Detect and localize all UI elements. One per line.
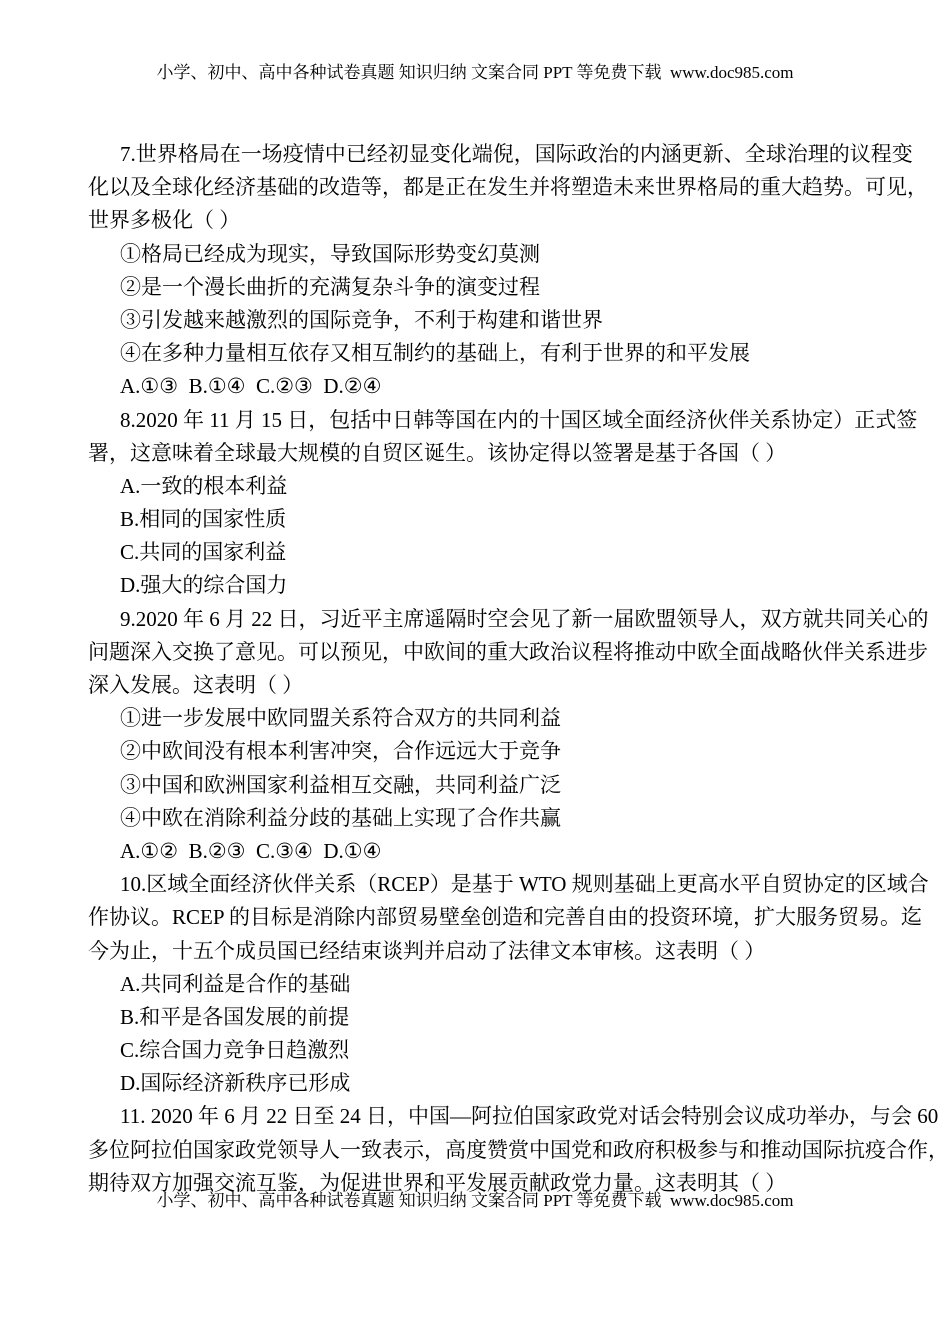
q8-stem-line-2: 署，这意味着全球最大规模的自贸区诞生。该协定得以签署是基于各国（ ） <box>88 437 878 470</box>
q8-option-b: B.相同的国家性质 <box>88 503 878 536</box>
q10-option-c: C.综合国力竞争日趋激烈 <box>88 1034 878 1067</box>
q7-item-2: ②是一个漫长曲折的充满复杂斗争的演变过程 <box>88 271 878 304</box>
q9-item-2: ②中欧间没有根本利害冲突，合作远远大于竞争 <box>88 735 878 768</box>
q7-stem-line-2: 化以及全球化经济基础的改造等，都是正在发生并将塑造未来世界格局的重大趋势。可见， <box>88 171 878 204</box>
q7-item-4: ④在多种力量相互依存又相互制约的基础上，有利于世界的和平发展 <box>88 337 878 370</box>
q10-option-d: D.国际经济新秩序已形成 <box>88 1067 878 1100</box>
q8-option-d: D.强大的综合国力 <box>88 569 878 602</box>
q10-option-b: B.和平是各国发展的前提 <box>88 1001 878 1034</box>
q9-stem-line-2: 问题深入交换了意见。可以预见，中欧间的重大政治议程将推动中欧全面战略伙伴关系进步 <box>88 636 878 669</box>
q10-stem-line-2: 作协议。RCEP 的目标是消除内部贸易壁垒创造和完善自由的投资环境，扩大服务贸易… <box>88 901 878 934</box>
q9-stem-line-3: 深入发展。这表明（ ） <box>88 669 878 702</box>
q9-stem-line-1: 9.2020 年 6 月 22 日，习近平主席遥隔时空会见了新一届欧盟领导人，双… <box>88 603 878 636</box>
q8-option-c: C.共同的国家利益 <box>88 536 878 569</box>
q7-stem-line-1: 7.世界格局在一场疫情中已经初显变化端倪，国际政治的内涵更新、全球治理的议程变 <box>88 138 878 171</box>
q9-item-3: ③中国和欧洲国家利益相互交融，共同利益广泛 <box>88 769 878 802</box>
footer-watermark: 小学、初中、高中各种试卷真题 知识归纳 文案合同 PPT 等免费下载 www.d… <box>0 1190 950 1212</box>
q10-stem-line-3: 今为止，十五个成员国已经结束谈判并启动了法律文本审核。这表明（ ） <box>88 935 878 968</box>
q10-stem-line-1: 10.区域全面经济伙伴关系（RCEP）是基于 WTO 规则基础上更高水平自贸协定… <box>88 868 878 901</box>
q10-option-a: A.共同利益是合作的基础 <box>88 968 878 1001</box>
header-watermark: 小学、初中、高中各种试卷真题 知识归纳 文案合同 PPT 等免费下载 www.d… <box>0 62 950 84</box>
q7-item-3: ③引发越来越激烈的国际竞争，不利于构建和谐世界 <box>88 304 878 337</box>
q8-option-a: A.一致的根本利益 <box>88 470 878 503</box>
q9-item-4: ④中欧在消除利益分歧的基础上实现了合作共赢 <box>88 802 878 835</box>
q9-item-1: ①进一步发展中欧同盟关系符合双方的共同利益 <box>88 702 878 735</box>
q11-stem-line-1: 11. 2020 年 6 月 22 日至 24 日，中国—阿拉伯国家政党对话会特… <box>88 1100 878 1133</box>
q7-answer-choices: A.①③ B.①④ C.②③ D.②④ <box>88 370 878 403</box>
q7-item-1: ①格局已经成为现实，导致国际形势变幻莫测 <box>88 238 878 271</box>
q9-answer-choices: A.①② B.②③ C.③④ D.①④ <box>88 835 878 868</box>
q8-stem-line-1: 8.2020 年 11 月 15 日，包括中日韩等国在内的十国区域全面经济伙伴关… <box>88 404 878 437</box>
q11-stem-line-2: 多位阿拉伯国家政党领导人一致表示，高度赞赏中国党和政府积极参与和推动国际抗疫合作… <box>88 1134 878 1167</box>
document-page: 小学、初中、高中各种试卷真题 知识归纳 文案合同 PPT 等免费下载 www.d… <box>0 0 950 1344</box>
q7-stem-line-3: 世界多极化（ ） <box>88 204 878 237</box>
exam-text-block: 7.世界格局在一场疫情中已经初显变化端倪，国际政治的内涵更新、全球治理的议程变 … <box>88 138 878 1200</box>
